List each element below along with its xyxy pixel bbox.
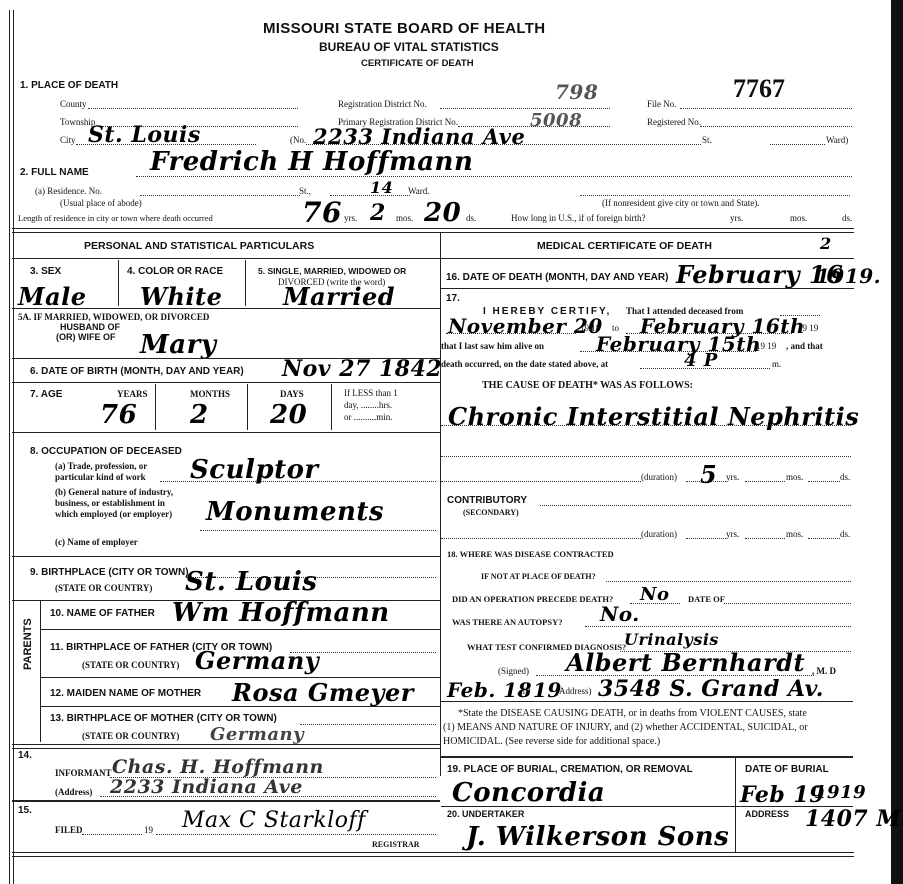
duration2-label: (duration)	[641, 529, 677, 539]
burial-place-label: 19. PLACE OF BURIAL, CREMATION, OR REMOV…	[447, 764, 693, 775]
personal-section-title: PERSONAL AND STATISTICAL PARTICULARS	[84, 240, 314, 252]
full-name-label: 2. FULL NAME	[20, 167, 89, 178]
signed-label: (Signed)	[498, 666, 529, 676]
filed-label: FILED	[55, 825, 83, 835]
mother-birthplace-value: Germany	[210, 724, 304, 745]
birthplace-value: St. Louis	[185, 567, 317, 597]
ward-value: 14	[370, 178, 393, 197]
spouse-label-1: 5A. IF MARRIED, WIDOWED, OR DIVORCED	[18, 312, 209, 322]
dod-label: 16. DATE OF DEATH (MONTH, DAY AND YEAR)	[446, 272, 668, 283]
age-months-value: 2	[190, 400, 209, 430]
duration-years-value: 5	[700, 460, 717, 489]
informant-address-value: 2233 Indiana Ave	[110, 776, 303, 798]
st-label: St.	[702, 135, 712, 145]
ward-label: Ward)	[826, 135, 848, 145]
residence-st-label: St.,	[299, 186, 311, 196]
date-of-label: DATE OF	[688, 594, 725, 604]
residence-label: (a) Residence. No.	[35, 186, 102, 196]
dob-label: 6. DATE OF BIRTH (MONTH, DAY AND YEAR)	[30, 366, 244, 377]
trade-label-2: particular kind of work	[55, 472, 146, 482]
last-saw-value: February 15th	[596, 332, 761, 356]
left-border	[9, 10, 14, 884]
form-subtitle: BUREAU OF VITAL STATISTICS	[319, 40, 499, 54]
file-no-label: File No.	[647, 99, 677, 109]
contributory-label: CONTRIBUTORY	[447, 495, 527, 506]
undertaker-address-label: ADDRESS	[745, 809, 789, 819]
duration-mos-label: mos.	[786, 472, 803, 482]
death-certificate: MISSOURI STATE BOARD OF HEALTH BUREAU OF…	[0, 0, 903, 884]
age-years-label: YEARS	[117, 389, 148, 399]
autopsy-label: WAS THERE AN AUTOPSY?	[452, 617, 562, 627]
race-value: White	[140, 282, 222, 311]
note-line-1: *State the DISEASE CAUSING DEATH, or in …	[458, 707, 807, 720]
last-saw-label: that I last saw him alive on	[441, 341, 544, 351]
medical-corner-mark: 2	[820, 234, 832, 253]
us-mos-label: mos.	[790, 213, 807, 223]
right-scan-edge	[891, 0, 903, 884]
md-label: , M. D	[812, 666, 836, 676]
autopsy-value: No.	[600, 602, 640, 626]
birthplace-label: 9. BIRTHPLACE (CITY OR TOWN)	[30, 567, 189, 578]
marital-value: Married	[283, 282, 395, 311]
less-label-1: If LESS than 1	[344, 388, 398, 398]
informant-address-label: (Address)	[55, 787, 92, 797]
industry-label-3: which employed (or employer)	[55, 509, 172, 519]
age-years-value: 76	[100, 400, 137, 430]
less-label-3: or ..........min.	[344, 412, 393, 422]
us-residence-label: How long in U.S., if of foreign birth?	[511, 213, 645, 223]
us-yrs-label: yrs.	[730, 213, 743, 223]
mother-name-label: 12. MAIDEN NAME OF MOTHER	[50, 688, 201, 699]
birthplace-state-label: (STATE OR COUNTRY)	[55, 583, 152, 593]
not-at-place-label: IF NOT AT PLACE OF DEATH?	[481, 572, 596, 581]
duration2-yrs-label: yrs.	[726, 529, 739, 539]
industry-label-1: (b) General nature of industry,	[55, 487, 173, 497]
length-residence-label: Length of residence in city or town wher…	[18, 213, 213, 223]
county-label: County	[60, 99, 87, 109]
duration-ds-label: ds.	[840, 472, 850, 482]
spouse-label-3: (OR) WIFE OF	[56, 332, 116, 342]
trade-label-1: (a) Trade, profession, or	[55, 461, 147, 471]
mother-name-value: Rosa Gmeyer	[232, 678, 414, 707]
duration-yrs-label: yrs.	[726, 472, 739, 482]
duration2-mos-label: mos.	[786, 529, 803, 539]
informant-label: INFORMANT	[55, 768, 112, 778]
occupation-label: 8. OCCUPATION OF DECEASED	[30, 446, 182, 457]
city-label: City	[60, 135, 76, 145]
age-label: 7. AGE	[30, 389, 62, 400]
to-year: 19 19	[798, 323, 818, 333]
industry-label-2: business, or establishment in	[55, 498, 165, 508]
burial-date-label: DATE OF BURIAL	[745, 764, 829, 775]
street-address-value: 2233 Indiana Ave	[313, 124, 525, 149]
sex-value: Male	[18, 282, 87, 311]
place-of-death-label: 1. PLACE OF DEATH	[20, 80, 118, 91]
last-saw-year: 19 19	[756, 341, 776, 351]
length-years-value: 76	[302, 196, 342, 229]
undertaker-address-value: 1407 Market St.	[805, 806, 903, 832]
registrar-value: Max C Starkloff	[182, 808, 366, 833]
sex-label: 3. SEX	[30, 266, 61, 277]
address-label: (Address)	[556, 686, 592, 696]
file-no-value: 7767	[733, 74, 785, 104]
cause-label: THE CAUSE OF DEATH* WAS AS FOLLOWS:	[482, 380, 693, 391]
signed-value: Albert Bernhardt	[566, 648, 805, 677]
note-line-2: (1) MEANS AND NATURE OF INJURY, and (2) …	[443, 721, 808, 734]
operation-value: No	[640, 584, 669, 605]
dob-value: Nov 27 1842	[282, 356, 442, 382]
undertaker-value: J. Wilkerson Sons	[466, 822, 729, 852]
marital-label: 5. SINGLE, MARRIED, WIDOWED OR	[258, 266, 406, 276]
street-no-label: (No.	[290, 135, 306, 145]
informant-value: Chas. H. Hoffmann	[112, 756, 324, 778]
doctor-address-value: 3548 S. Grand Av.	[598, 676, 824, 702]
and-that-label: , and that	[786, 341, 823, 351]
race-label: 4. COLOR OR RACE	[127, 266, 223, 277]
registrar-label: REGISTRAR	[372, 840, 420, 849]
length-days-value: 20	[424, 198, 461, 228]
age-days-value: 20	[270, 400, 307, 430]
ward-text-label: Ward.	[408, 186, 430, 196]
informant-no: 14.	[18, 750, 32, 761]
parents-label: PARENTS	[22, 618, 34, 670]
filed-year-label: 19	[144, 825, 153, 835]
secondary-label: (SECONDARY)	[463, 508, 519, 517]
nonresident-note: (If nonresident give city or town and St…	[602, 198, 759, 208]
mother-birthplace-label: 13. BIRTHPLACE OF MOTHER (CITY OR TOWN)	[50, 713, 277, 724]
item-18-label: 18. WHERE WAS DISEASE CONTRACTED	[447, 549, 614, 559]
yrs-label: yrs.	[344, 213, 357, 223]
registration-district-label: Registration District No.	[338, 99, 427, 109]
age-days-label: DAYS	[280, 389, 304, 399]
registered-no-label: Registered No.	[647, 117, 701, 127]
father-name-value: Wm Hoffmann	[172, 598, 390, 628]
employer-label: (c) Name of employer	[55, 537, 138, 547]
duration-label: (duration)	[641, 472, 677, 482]
primary-registration-district-value: 5008	[530, 110, 582, 131]
father-birthplace-state-label: (STATE OR COUNTRY)	[82, 660, 179, 670]
trade-value: Sculptor	[190, 455, 319, 485]
burial-date-year: 1919	[814, 782, 866, 803]
filed-no: 15.	[18, 805, 32, 816]
usual-place-label: (Usual place of abode)	[60, 198, 142, 208]
item-17-label: 17.	[446, 293, 460, 304]
mos-label: mos.	[396, 213, 413, 223]
age-months-label: MONTHS	[190, 389, 230, 399]
length-months-value: 2	[370, 200, 386, 226]
burial-place-value: Concordia	[452, 778, 605, 808]
signed-year-prefix: , 19	[517, 686, 531, 696]
spouse-value: Mary	[140, 330, 216, 360]
spouse-label-2: HUSBAND OF	[60, 322, 120, 332]
ds-label: ds.	[466, 213, 476, 223]
industry-value: Monuments	[206, 497, 384, 527]
medical-section-title: MEDICAL CERTIFICATE OF DEATH	[537, 240, 712, 252]
burial-date-value: Feb 19	[740, 782, 825, 808]
test-value: Urinalysis	[624, 630, 719, 649]
form-name: CERTIFICATE OF DEATH	[361, 58, 474, 69]
note-line-3: HOMICIDAL. (See reverse side for additio…	[443, 735, 660, 748]
dod-year: 1919.	[816, 264, 881, 288]
less-label-2: day, ........hrs.	[344, 400, 392, 410]
occurred-value: 4 P	[684, 350, 718, 371]
cause-value: Chronic Interstitial Nephritis	[448, 402, 859, 431]
mother-birthplace-state-label: (STATE OR COUNTRY)	[82, 731, 179, 741]
m-label: m.	[772, 359, 781, 369]
operation-label: DID AN OPERATION PRECEDE DEATH?	[452, 594, 613, 604]
full-name-value: Fredrich H Hoffmann	[150, 147, 473, 177]
registration-district-value: 798	[555, 80, 598, 104]
us-ds-label: ds.	[842, 213, 852, 223]
father-name-label: 10. NAME OF FATHER	[50, 608, 155, 619]
undertaker-label: 20. UNDERTAKER	[447, 809, 524, 819]
father-birthplace-value: Germany	[195, 646, 319, 675]
form-title: MISSOURI STATE BOARD OF HEALTH	[263, 20, 545, 37]
duration2-ds-label: ds.	[840, 529, 850, 539]
occurred-label: death occurred, on the date stated above…	[441, 359, 608, 369]
